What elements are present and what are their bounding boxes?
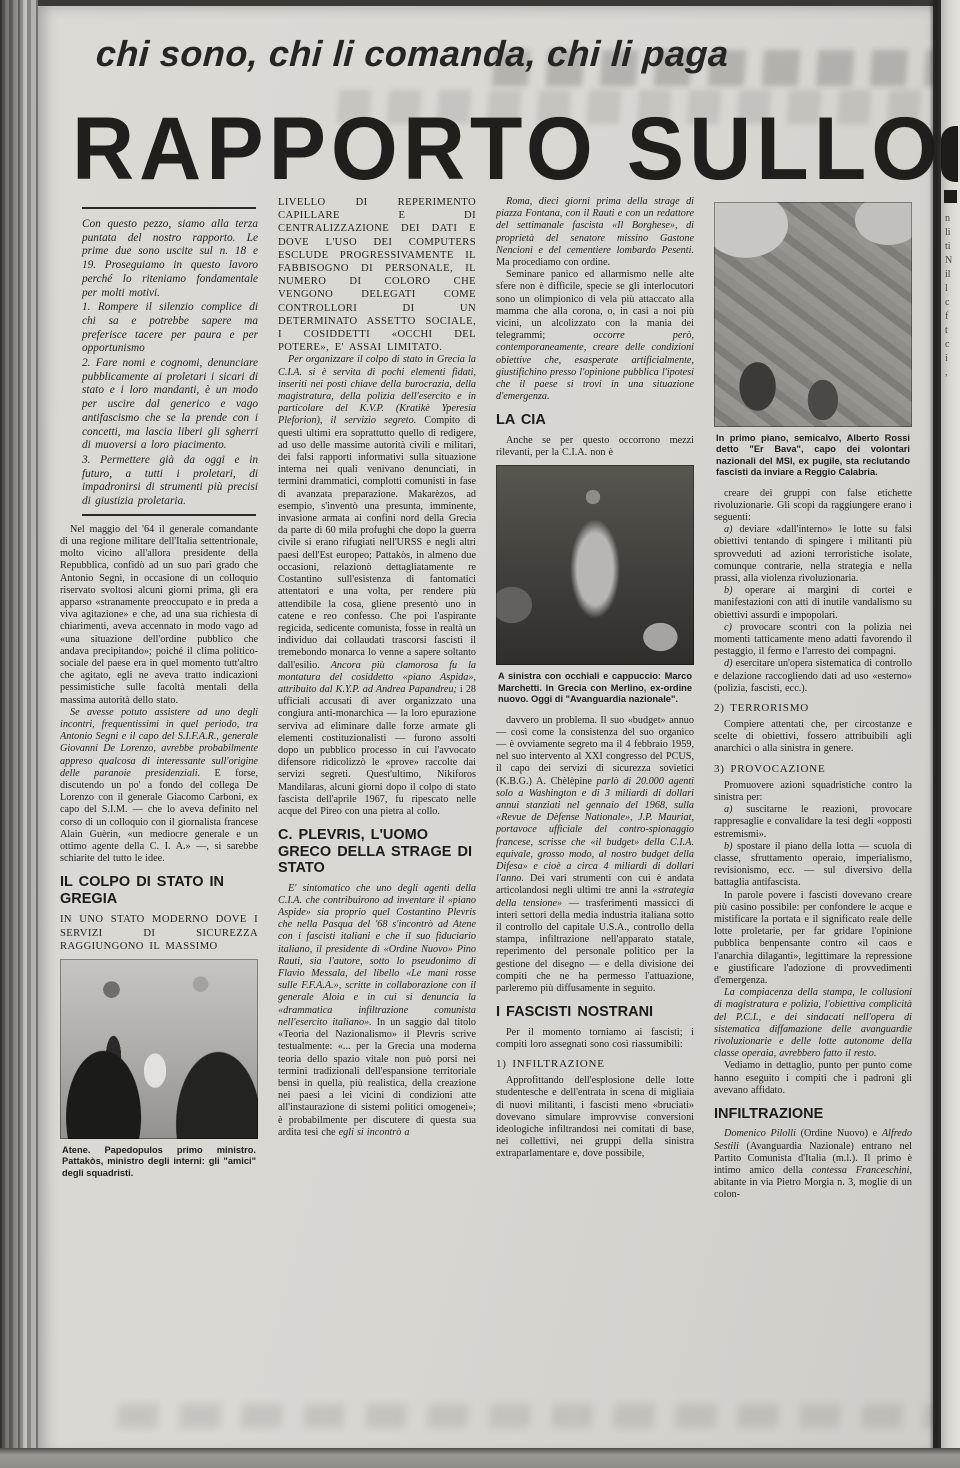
article-column-1: Con questo pezzo, siamo alla terza punta… [60,205,258,1410]
section-heading: INFILTRAZIONE [714,1106,912,1123]
section-heading: LA CIA [496,412,694,429]
section-heading: I FASCISTI NOSTRANI [496,1004,694,1021]
sub-heading: 1) INFILTRAZIONE [496,1058,694,1071]
paragraph: Approfittando dell'esplosione delle lott… [496,1075,694,1160]
photo-atene-caption: Atene. Papedopulos primo ministro. Patta… [62,1145,256,1179]
article-column-4: In primo piano, semicalvo, Alberto Rossi… [714,196,912,1401]
article-column-2: LIVELLO DI REPERIMENTO CAPILLARE E DI CE… [278,196,476,1401]
paragraph: Vediamo in dettaglio, punto per punto co… [714,1060,912,1097]
caps-paragraph: IN UNO STATO MODERNO DOVE I SERVIZI DI S… [60,913,258,953]
paragraph: a) suscitarne le reazioni, provocare rap… [714,804,912,841]
paragraph: Roma, dieci giorni prima della strage di… [496,196,694,269]
paragraph: Seminare panico ed allarmismo nelle alte… [496,269,694,403]
article-headline: RAPPORTO SULLO [72,104,943,193]
intro-paragraph: 3. Permettere già da oggi e in futuro, a… [82,454,258,509]
photo-folla-caption: In primo piano, semicalvo, Alberto Rossi… [716,433,910,479]
page-bottom-edge [0,1448,960,1468]
paragraph: Per il momento torniamo ai fascisti; i c… [496,1027,694,1051]
paragraph: La compiacenza della stampa, le collusio… [714,987,912,1060]
paragraph: b) operare ai margini di cortei e manife… [714,585,912,622]
next-page-headline-fragment [944,190,957,203]
next-page-headline-fragment [941,126,958,182]
section-heading: C. PLEVRIS, L'UOMO GRECO DELLA STRAGE DI… [278,827,476,877]
divider-rule [82,207,256,209]
photo-atene [60,959,258,1139]
article-kicker: chi sono, chi li comanda, chi li paga [95,36,730,72]
binding-spine [0,0,38,1452]
paragraph: Anche se per questo occorrono mezzi rile… [496,435,694,459]
sub-heading: 3) PROVOCAZIONE [714,763,912,776]
intro-paragraph: 2. Fare nomi e cognomi, denunciare pubbl… [82,357,258,453]
section-heading: IL COLPO DI STATO IN GREGIA [60,874,258,907]
photo-marchetti-caption: A sinistra con occhiali e cappuccio: Mar… [498,671,692,705]
intro-box: Con questo pezzo, siamo alla terza punta… [82,207,258,516]
magazine-scan: chi sono, chi li comanda, chi li paga RA… [0,0,960,1468]
paragraph: Se avesse potuto assistere ad uno degli … [60,707,258,866]
paragraph: In parole povere i fascisti dovevano cre… [714,890,912,988]
paragraph: Per organizzare il colpo di stato in Gre… [278,354,476,818]
sub-heading: 2) TERRORISMO [714,702,912,715]
photo-folla [714,202,912,427]
caps-paragraph: LIVELLO DI REPERIMENTO CAPILLARE E DI CE… [278,196,476,354]
paragraph: davvero un problema. Il suo «budget» ann… [496,715,694,996]
paragraph: Nel maggio del '64 il generale comandant… [60,524,258,707]
paragraph: d) esercitare un'opera sistematica di co… [714,658,912,695]
paragraph: a) deviare «dall'interno» le lotte su fa… [714,524,912,585]
paragraph: E' sintomatico che uno degli agenti dell… [278,883,476,1139]
next-page-cut-text: n li ti N il l c f t c i , [945,212,960,380]
intro-paragraph: 1. Rompere il silenzio complice di chi s… [82,301,258,356]
article-column-3: Roma, dieci giorni prima della strage di… [496,196,694,1401]
paragraph: c) provocare scontri con la polizia nei … [714,622,912,659]
paragraph: b) spostare il piano della lotta — scuol… [714,841,912,890]
photo-marchetti [496,465,694,665]
divider-rule [82,514,256,516]
paragraph: Promuovere azioni squadristiche contro l… [714,780,912,804]
paragraph: creare dei gruppi con false etichette ri… [714,488,912,525]
intro-paragraph: Con questo pezzo, siamo alla terza punta… [82,218,258,300]
paragraph: Domenico Pilolli (Ordine Nuovo) e Alfred… [714,1128,912,1201]
paragraph: Compiere attentati che, per circostanze … [714,719,912,756]
